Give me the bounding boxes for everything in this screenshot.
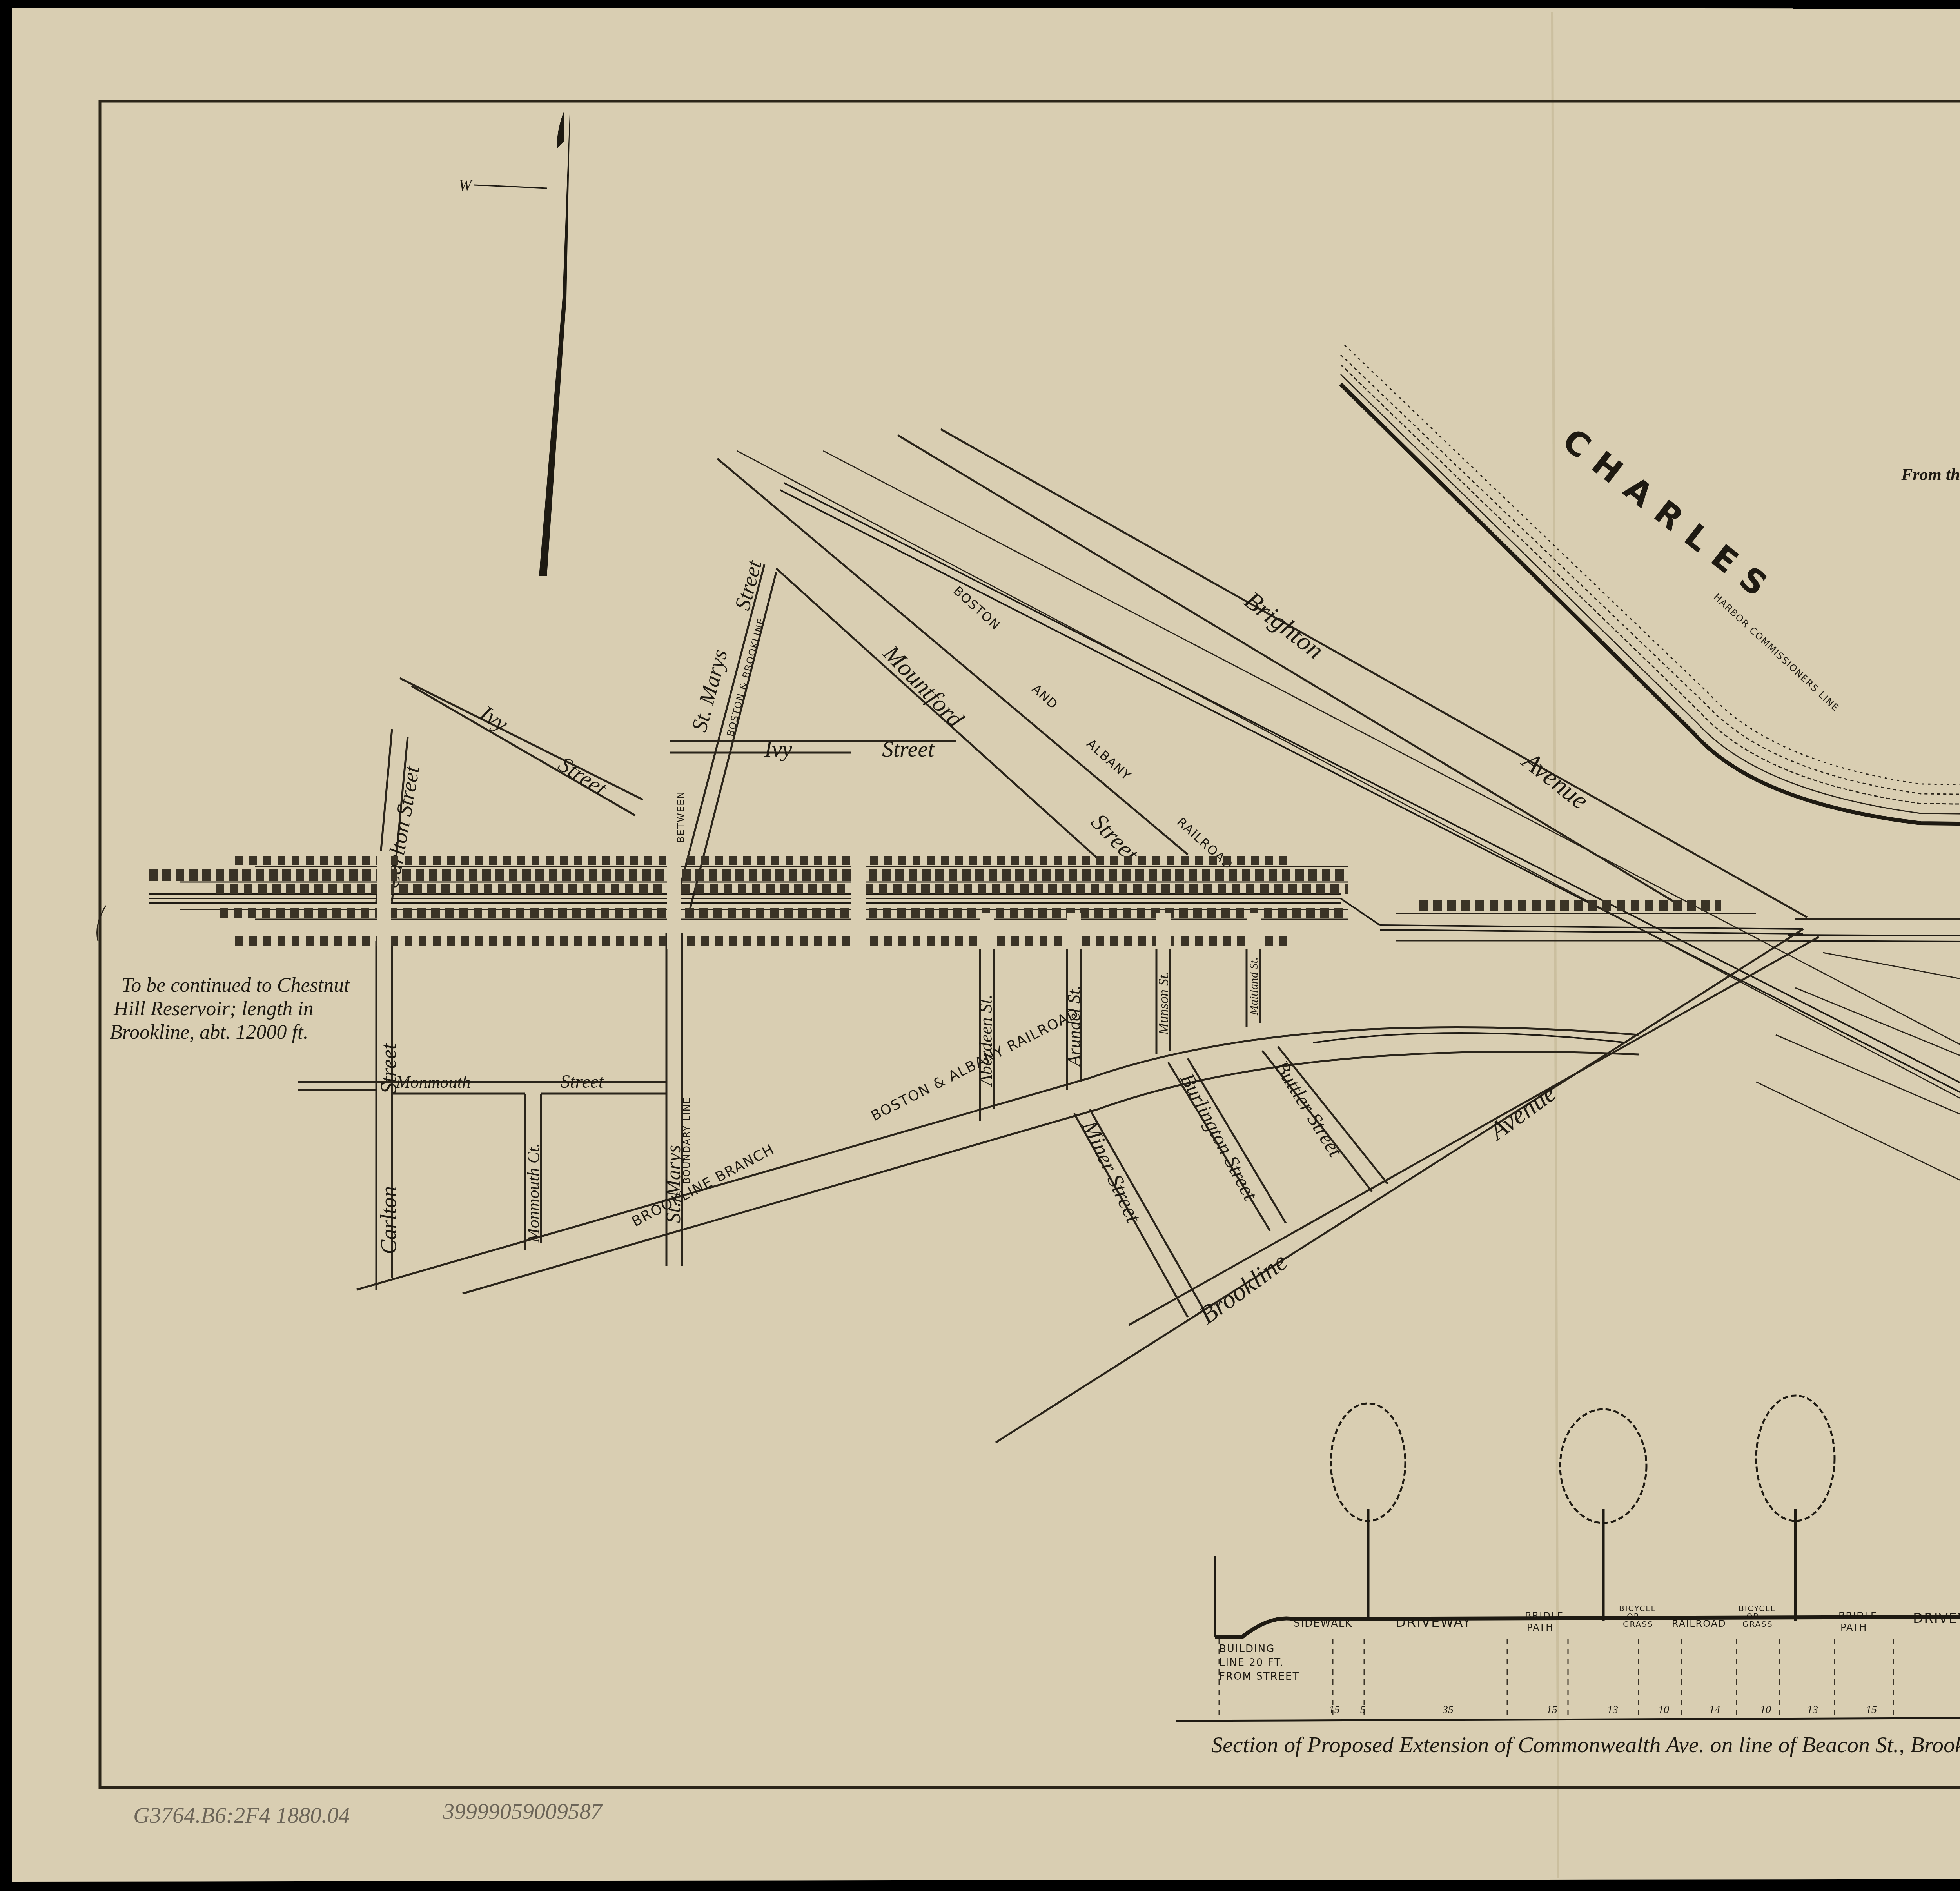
svg-text:GRASS: GRASS: [1742, 1619, 1773, 1629]
svg-text:LINE 20 FT.: LINE 20 FT.: [1219, 1657, 1284, 1669]
svg-text:GRASS: GRASS: [1623, 1619, 1653, 1629]
ivy-lower-street-label: Street: [882, 736, 935, 762]
svg-text:15: 15: [1329, 1704, 1340, 1716]
svg-text:10: 10: [1658, 1704, 1669, 1716]
map-canvas: Mount in 2 pieces + hinge No 33 Anonymou…: [0, 0, 1960, 1891]
svg-text:35: 35: [1442, 1704, 1454, 1716]
monmouth-label: Monmouth: [396, 1073, 471, 1092]
monmouth-ct-label: Monmouth Ct.: [524, 1143, 543, 1243]
svg-text:BRIDLE: BRIDLE: [1525, 1610, 1564, 1621]
ivy-lower-label: Ivy: [764, 736, 792, 762]
svg-text:PATH: PATH: [1527, 1622, 1553, 1633]
munson-label: Munson St.: [1156, 971, 1171, 1035]
svg-text:PATH: PATH: [1840, 1622, 1867, 1633]
svg-text:SIDEWALK: SIDEWALK: [1294, 1618, 1352, 1630]
section-title: Section of Proposed Extension of Commonw…: [1211, 1732, 1960, 1757]
svg-text:FROM STREET: FROM STREET: [1219, 1671, 1299, 1682]
monmouth-street-label: Street: [561, 1071, 604, 1092]
svg-text:BRIDLE: BRIDLE: [1838, 1610, 1877, 1621]
svg-text:14: 14: [1709, 1704, 1720, 1716]
svg-text:13: 13: [1807, 1704, 1818, 1716]
between-label: BETWEEN: [675, 791, 686, 843]
svg-text:15: 15: [1866, 1704, 1877, 1716]
barcode-number: 39999059009587: [443, 1798, 603, 1824]
svg-text:10: 10: [1760, 1704, 1771, 1716]
svg-text:5: 5: [1360, 1704, 1366, 1716]
carlton-lower-label: Carlton: [377, 1186, 401, 1254]
call-number: G3764.B6:2F4 1880.04: [133, 1802, 350, 1828]
svg-text:BUILDING: BUILDING: [1219, 1643, 1275, 1655]
maitland-label: Maitland St.: [1247, 957, 1260, 1016]
svg-text:RAILROAD: RAILROAD: [1672, 1618, 1726, 1629]
west-mark: W: [459, 176, 473, 194]
svg-text:Hill Reservoir; length in: Hill Reservoir; length in: [113, 998, 314, 1020]
map-sheet: Mount in 2 pieces + hinge No 33 Anonymou…: [0, 0, 1960, 1891]
svg-text:DRIVEWAY: DRIVEWAY: [1396, 1615, 1472, 1630]
aberdeen-label: Aberdeen St.: [976, 994, 996, 1087]
svg-text:DRIVEWAY: DRIVEWAY: [1913, 1611, 1960, 1626]
svg-text:To be continued to Chestnut: To be continued to Chestnut: [122, 974, 350, 996]
svg-text:13: 13: [1607, 1704, 1618, 1716]
svg-text:Brookline, abt. 12000 ft.: Brookline, abt. 12000 ft.: [110, 1021, 308, 1043]
svg-text:15: 15: [1546, 1704, 1557, 1716]
credit-office: From the Office of Aspinwall & Lincoln,: [1901, 465, 1960, 484]
